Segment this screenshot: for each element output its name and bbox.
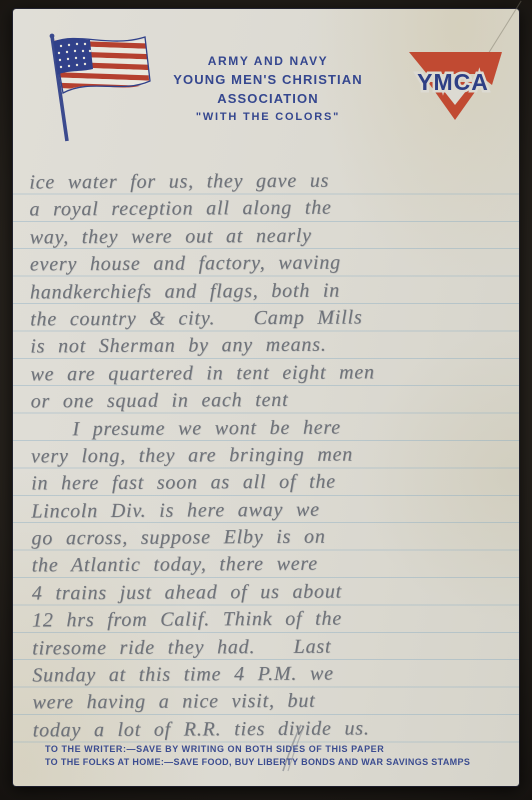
footer-writer-note: TO THE WRITER:—SAVE BY WRITING ON BOTH S… xyxy=(45,743,470,756)
handwritten-body: ice water for us, they gave us a royal r… xyxy=(29,167,515,745)
ymca-logo-text: YMCA xyxy=(417,69,489,95)
org-name-line1: ARMY AND NAVY xyxy=(121,53,415,70)
handwritten-line: is not Sherman by any means. xyxy=(30,331,512,361)
footer-home-note: TO THE FOLKS AT HOME:—SAVE FOOD, BUY LIB… xyxy=(45,756,470,769)
handwritten-line: I presume we wont be here xyxy=(31,413,513,443)
handwritten-line: today a lot of R.R. ties divide us. xyxy=(33,714,515,744)
handwritten-line: very long, they are bringing men xyxy=(31,440,513,470)
handwritten-line: go across, suppose Elby is on xyxy=(31,523,513,553)
handwritten-line: every house and factory, waving xyxy=(30,249,512,279)
ymca-triangle-logo: YMCA xyxy=(407,45,505,133)
handwritten-line: handkerchiefs and flags, both in xyxy=(30,276,512,306)
handwritten-line: we are quartered in tent eight men xyxy=(30,358,512,388)
handwritten-line: a royal reception all along the xyxy=(29,194,511,224)
handwritten-line: or one squad in each tent xyxy=(31,386,513,416)
handwritten-line: the country & city. Camp Mills xyxy=(30,303,512,333)
handwritten-line: 12 hrs from Calif. Think of the xyxy=(32,605,514,635)
handwritten-line: tiresome ride they had. Last xyxy=(32,632,514,662)
org-motto: "WITH THE COLORS" xyxy=(121,108,415,126)
org-name-line2: YOUNG MEN'S CHRISTIAN ASSOCIATION xyxy=(121,70,415,108)
handwritten-line: the Atlantic today, there were xyxy=(32,550,514,580)
handwritten-line: were having a nice visit, but xyxy=(32,687,514,717)
handwritten-line: ice water for us, they gave us xyxy=(29,167,511,197)
letterhead-text: ARMY AND NAVY YOUNG MEN'S CHRISTIAN ASSO… xyxy=(121,53,415,126)
photo-backdrop: ARMY AND NAVY YOUNG MEN'S CHRISTIAN ASSO… xyxy=(0,0,532,800)
handwritten-line: Lincoln Div. is here away we xyxy=(31,495,513,525)
handwritten-line: Sunday at this time 4 P.M. we xyxy=(32,660,514,690)
handwritten-line: 4 trains just ahead of us about xyxy=(32,577,514,607)
letter-paper: ARMY AND NAVY YOUNG MEN'S CHRISTIAN ASSO… xyxy=(13,9,519,786)
handwritten-line: way, they were out at nearly xyxy=(30,221,512,251)
letter-footer: TO THE WRITER:—SAVE BY WRITING ON BOTH S… xyxy=(45,743,470,768)
handwritten-line: in here fast soon as all of the xyxy=(31,468,513,498)
